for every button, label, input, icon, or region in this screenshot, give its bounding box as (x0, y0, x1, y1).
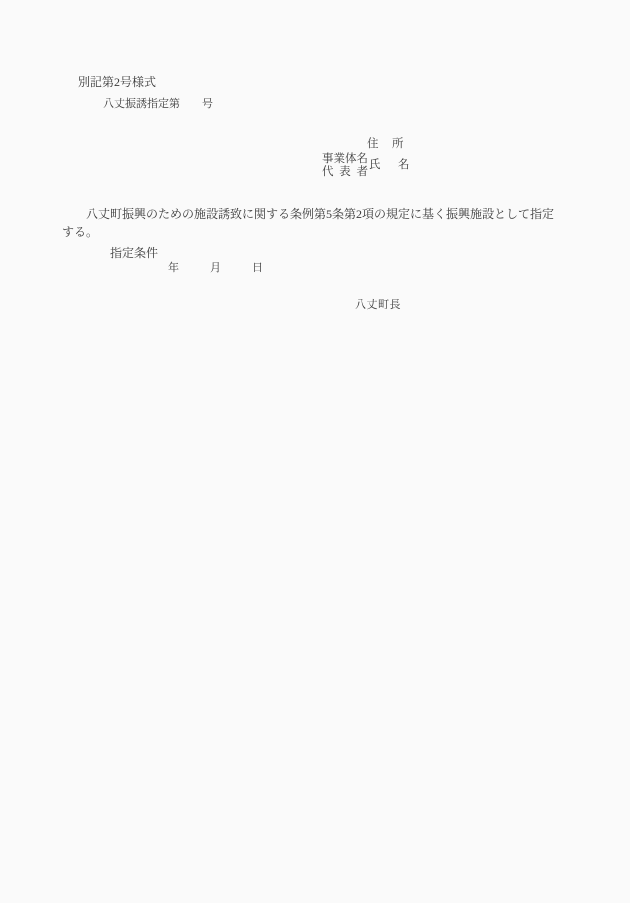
date-line: 年 月 日 (168, 263, 266, 274)
designation-statement: 八丈町振興のための施設誘致に関する条例第5条第2項の規定に基く振興施設として指定… (62, 206, 584, 241)
address-label: 住 所 (367, 139, 405, 151)
statement-line-2: する。 (62, 225, 98, 239)
mayor-signature-label: 八丈町長 (355, 300, 401, 311)
statement-line-1: 八丈町振興のための施設誘致に関する条例第5条第2項の規定に基く振興施設として指定 (62, 207, 554, 221)
form-style-label: 別記第2号様式 (78, 76, 156, 88)
entity-name-label: 事業体名 (322, 153, 368, 166)
applicant-block: 事業体名 代 表 者 氏 名 (322, 153, 413, 179)
representative-name-label: 氏 名 (369, 160, 413, 172)
designation-conditions-label: 指定条件 (110, 247, 158, 259)
representative-label: 代 表 者 (322, 166, 368, 179)
form-page: 別記第2号様式 八丈振誘指定第 号 住 所 事業体名 代 表 者 氏 名 八丈町… (0, 0, 630, 903)
designation-number-line: 八丈振誘指定第 号 (103, 99, 213, 110)
applicant-labels: 事業体名 代 表 者 (322, 153, 368, 179)
